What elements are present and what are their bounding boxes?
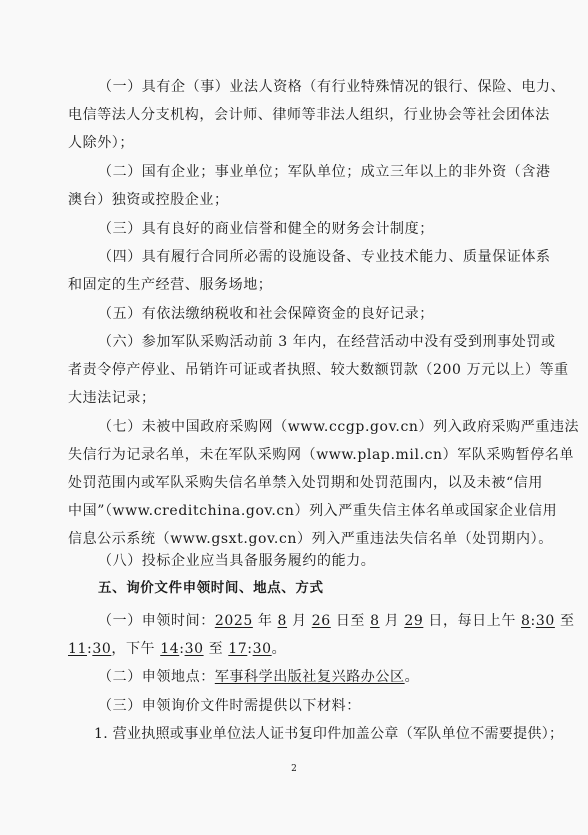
paragraph-line: 大违法记录；	[68, 390, 156, 406]
paragraph-line: 失信行为记录名单，未在军队采购网（www.plap.mil.cn）军队采购暂停名…	[68, 447, 574, 463]
paragraph-line: （七）未被中国政府采购网（www.ccgp.gov.cn）列入政府采购严重违法	[98, 419, 579, 435]
start-day-value: 26	[312, 613, 331, 629]
paragraph-line: （四）具有履行合同所必需的设施设备、专业技术能力、质量保证体系	[98, 249, 551, 265]
am-end-minute: 30	[92, 641, 111, 657]
am-end-hour: 11	[68, 641, 87, 657]
paragraph-line: 人除外）；	[68, 135, 134, 151]
end-month-value: 8	[370, 613, 380, 629]
end-day-value: 29	[404, 613, 423, 629]
am-start-hour: 8	[521, 613, 531, 629]
paragraph-line: 和固定的生产经营、服务场地；	[68, 277, 272, 293]
year-value: 2025	[215, 613, 253, 629]
paragraph-line: 电信等法人分支机构，会计师、律师等非法人组织，行业协会等社会团体法	[68, 107, 550, 123]
paragraph-line: 澳台）独资或控股企业；	[68, 192, 229, 208]
location-value: 军事科学出版社复兴路办公区	[215, 669, 405, 685]
paragraph-line: 中国”（www.creditchina.gov.cn）列入严重失信主体名单或国家…	[68, 503, 557, 519]
paragraph-line: 者责令停产停业、吊销许可证或者执照、较大数额罚款（200 万元以上）等重	[68, 362, 569, 378]
start-month-value: 8	[278, 613, 288, 629]
paragraph-line: 信息公示系统（www.gsxt.gov.cn）列入严重违法失信名单（处罚期内）。	[68, 531, 553, 547]
paragraph-line: （二）国有企业；事业单位；军队单位；成立三年以上的非外资（含港	[98, 164, 551, 180]
section-heading: 五、询价文件申领时间、地点、方式	[98, 580, 324, 596]
paragraph-line: 处罚范围内或军队采购失信名单禁入处罚期和处罚范围内，以及未被“信用	[68, 475, 543, 491]
paragraph-line: （五）有依法缴纳税收和社会保障资金的良好记录；	[98, 306, 434, 322]
paragraph-line: （一）具有企（事）业法人资格（有行业特殊情况的银行、保险、电力、	[98, 79, 565, 95]
application-location-line: （二）申领地点：军事科学出版社复兴路办公区。	[98, 669, 419, 685]
page-number: 2	[0, 764, 588, 774]
application-time-line-1: （一）申领时间：2025 年 8 月 26 日至 8 月 29 日，每日上午 8…	[98, 613, 575, 629]
paragraph-line: （三）具有良好的商业信誉和健全的财务会计制度；	[98, 221, 434, 237]
application-time-line-2: 11:30，下午 14:30 至 17:30。	[68, 641, 286, 657]
materials-heading: （三）申领询价文件时需提供以下材料：	[98, 698, 361, 714]
paragraph-line: （八）投标企业应当具备服务履约的能力。	[98, 553, 375, 569]
am-start-minute: 30	[536, 613, 555, 629]
pm-start-hour: 14	[160, 641, 179, 657]
pm-start-minute: 30	[185, 641, 204, 657]
paragraph-line: （六）参加军队采购活动前 3 年内，在经营活动中没有受到刑事处罚或	[98, 334, 556, 350]
document-page: （一）具有企（事）业法人资格（有行业特殊情况的银行、保险、电力、 电信等法人分支…	[0, 0, 588, 835]
material-item-1: 1. 营业执照或事业单位法人证书复印件加盖公章（军队单位不需要提供）；	[94, 726, 563, 742]
pm-end-minute: 30	[253, 641, 272, 657]
pm-end-hour: 17	[228, 641, 247, 657]
